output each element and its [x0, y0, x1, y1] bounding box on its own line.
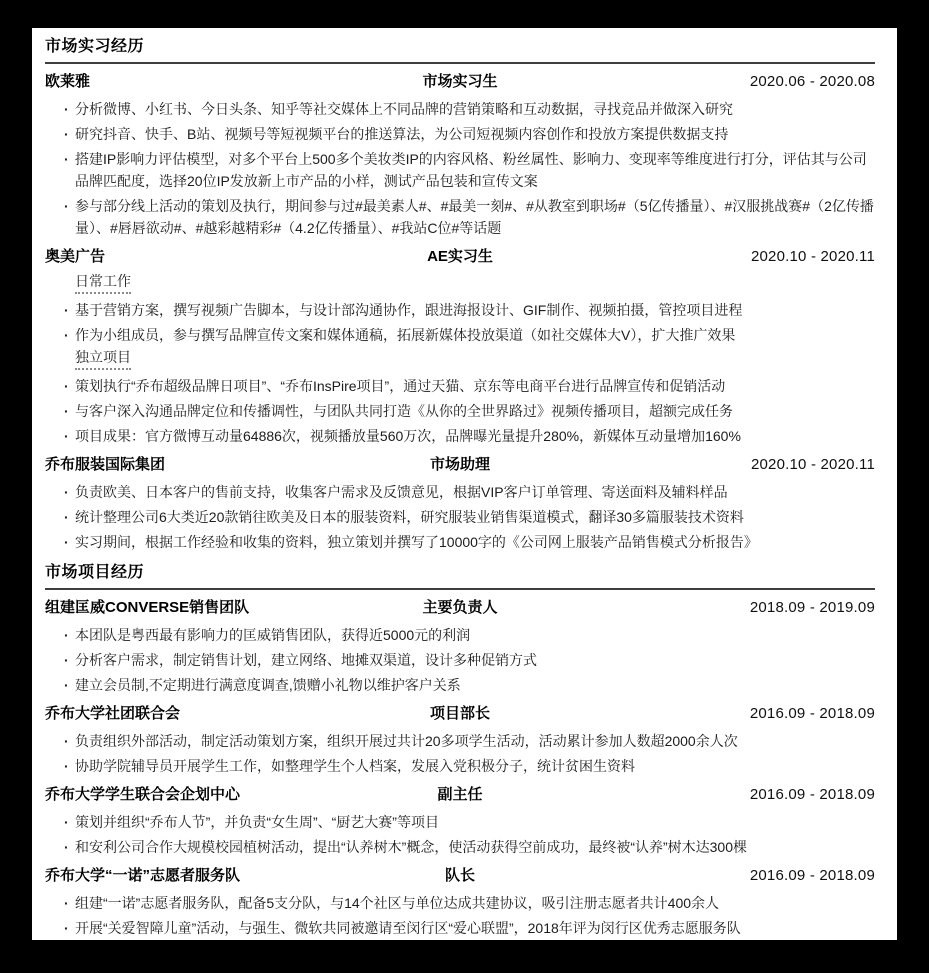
company-name: 乔布大学学生联合会企划中心: [45, 785, 322, 804]
job-title: 主要负责人: [322, 598, 599, 617]
experience-entry: 奥美广告AE实习生2020.10 - 2020.11日常工作基于营销方案，撰写视…: [45, 247, 875, 447]
date-range: 2020.10 - 2020.11: [598, 455, 875, 474]
company-name: 乔布服装国际集团: [45, 455, 322, 474]
bullet-group-label-row: 日常工作: [75, 273, 875, 294]
bullet-item: 研究抖音、快手、B站、视频号等短视频平台的推送算法，为公司短视频内容创作和投放方…: [63, 123, 875, 145]
bullet-list: 基于营销方案，撰写视频广告脚本，与设计部沟通协作，跟进海报设计、GIF制作、视频…: [45, 299, 875, 346]
entry-header: 乔布大学学生联合会企划中心副主任2016.09 - 2018.09: [45, 785, 875, 804]
bullet-item: 策划执行“乔布超级品牌日项目”、“乔布InsPire项目”，通过天猫、京东等电商…: [63, 375, 875, 397]
entry-header: 组建匡威CONVERSE销售团队主要负责人2018.09 - 2019.09: [45, 598, 875, 617]
bullet-list: 本团队是粤西最有影响力的匡威销售团队，获得近5000元的利润分析客户需求，制定销…: [45, 624, 875, 696]
resume-page: 市场实习经历欧莱雅市场实习生2020.06 - 2020.08分析微博、小红书、…: [32, 28, 897, 940]
entry-header: 乔布大学社团联合会项目部长2016.09 - 2018.09: [45, 704, 875, 723]
bullet-item: 搭建IP影响力评估模型，对多个平台上500多个美妆类IP的内容风格、粉丝属性、影…: [63, 148, 875, 192]
entry-header: 欧莱雅市场实习生2020.06 - 2020.08: [45, 72, 875, 91]
company-name: 组建匡威CONVERSE销售团队: [45, 598, 322, 617]
bullet-item: 实习期间，根据工作经验和收集的资料，独立策划并撰写了10000字的《公司网上服装…: [63, 531, 875, 553]
job-title: 项目部长: [322, 704, 599, 723]
bullet-item: 基于营销方案，撰写视频广告脚本，与设计部沟通协作，跟进海报设计、GIF制作、视频…: [63, 299, 875, 321]
bullet-item: 分析客户需求，制定销售计划，建立网络、地摊双渠道，设计多种促销方式: [63, 649, 875, 671]
bullet-list: 组建“一诺”志愿者服务队，配备5支分队，与14个社区与单位达成共建协议，吸引注册…: [45, 892, 875, 939]
bullet-item: 组建“一诺”志愿者服务队，配备5支分队，与14个社区与单位达成共建协议，吸引注册…: [63, 892, 875, 914]
company-name: 奥美广告: [45, 247, 322, 266]
bullet-item: 开展“关爱智障儿童”活动，与强生、微软共同被邀请至闵行区“爱心联盟”，2018年…: [63, 917, 875, 939]
bullet-item: 项目成果：官方微博互动量64886次，视频播放量560万次，品牌曝光量提升280…: [63, 425, 875, 447]
bullet-item: 分析微博、小红书、今日头条、知乎等社交媒体上不同品牌的营销策略和互动数据，寻找竞…: [63, 98, 875, 120]
job-title: 副主任: [322, 785, 599, 804]
bullet-group-label: 日常工作: [75, 273, 131, 294]
company-name: 乔布大学社团联合会: [45, 704, 322, 723]
bullet-list: 策划并组织“乔布人节”，并负责“女生周”、“厨艺大赛”等项目和安利公司合作大规模…: [45, 811, 875, 858]
entry-header: 乔布服装国际集团市场助理2020.10 - 2020.11: [45, 455, 875, 474]
bullet-list: 负责欧美、日本客户的售前支持，收集客户需求及反馈意见，根据VIP客户订单管理、寄…: [45, 481, 875, 553]
experience-entry: 乔布大学社团联合会项目部长2016.09 - 2018.09负责组织外部活动，制…: [45, 704, 875, 777]
entry-header: 乔布大学“一诺”志愿者服务队队长2016.09 - 2018.09: [45, 866, 875, 885]
bullet-item: 与客户深入沟通品牌定位和传播调性，与团队共同打造《从你的全世界路过》视频传播项目…: [63, 400, 875, 422]
job-title: AE实习生: [322, 247, 599, 266]
bullet-item: 协助学院辅导员开展学生工作，如整理学生个人档案，发展入党积极分子，统计贫困生资料: [63, 755, 875, 777]
bullet-group-label: 独立项目: [75, 349, 131, 370]
bullet-list: 分析微博、小红书、今日头条、知乎等社交媒体上不同品牌的营销策略和互动数据，寻找竞…: [45, 98, 875, 239]
bullet-list: 策划执行“乔布超级品牌日项目”、“乔布InsPire项目”，通过天猫、京东等电商…: [45, 375, 875, 447]
experience-section: 市场实习经历欧莱雅市场实习生2020.06 - 2020.08分析微博、小红书、…: [45, 37, 875, 553]
company-name: 乔布大学“一诺”志愿者服务队: [45, 866, 322, 885]
bullet-item: 参与部分线上活动的策划及执行，期间参与过#最美素人#、#最美一刻#、#从教室到职…: [63, 195, 875, 239]
date-range: 2016.09 - 2018.09: [598, 866, 875, 885]
bullet-group-label-row: 独立项目: [75, 349, 875, 370]
job-title: 队长: [322, 866, 599, 885]
bullet-item: 本团队是粤西最有影响力的匡威销售团队，获得近5000元的利润: [63, 624, 875, 646]
experience-section: 市场项目经历组建匡威CONVERSE销售团队主要负责人2018.09 - 201…: [45, 563, 875, 939]
experience-entry: 组建匡威CONVERSE销售团队主要负责人2018.09 - 2019.09本团…: [45, 598, 875, 696]
resume-sections: 市场实习经历欧莱雅市场实习生2020.06 - 2020.08分析微博、小红书、…: [45, 37, 875, 939]
section-title: 市场项目经历: [45, 563, 875, 590]
bullet-list: 负责组织外部活动，制定活动策划方案，组织开展过共计20多项学生活动，活动累计参加…: [45, 730, 875, 777]
bullet-item: 建立会员制,不定期进行满意度调查,馈赠小礼物以维护客户关系: [63, 674, 875, 696]
date-range: 2020.10 - 2020.11: [598, 247, 875, 266]
bullet-item: 和安利公司合作大规模校园植树活动，提出“认养树木”概念，使活动获得空前成功，最终…: [63, 836, 875, 858]
job-title: 市场实习生: [322, 72, 599, 91]
job-title: 市场助理: [322, 455, 599, 474]
company-name: 欧莱雅: [45, 72, 322, 91]
experience-entry: 乔布大学“一诺”志愿者服务队队长2016.09 - 2018.09组建“一诺”志…: [45, 866, 875, 939]
date-range: 2020.06 - 2020.08: [598, 72, 875, 91]
bullet-item: 统计整理公司6大类近20款销往欧美及日本的服装资料，研究服装业销售渠道模式，翻译…: [63, 506, 875, 528]
section-title: 市场实习经历: [45, 37, 875, 64]
experience-entry: 乔布服装国际集团市场助理2020.10 - 2020.11负责欧美、日本客户的售…: [45, 455, 875, 553]
date-range: 2018.09 - 2019.09: [598, 598, 875, 617]
date-range: 2016.09 - 2018.09: [598, 785, 875, 804]
bullet-item: 策划并组织“乔布人节”，并负责“女生周”、“厨艺大赛”等项目: [63, 811, 875, 833]
entry-header: 奥美广告AE实习生2020.10 - 2020.11: [45, 247, 875, 266]
experience-entry: 乔布大学学生联合会企划中心副主任2016.09 - 2018.09策划并组织“乔…: [45, 785, 875, 858]
bullet-item: 负责欧美、日本客户的售前支持，收集客户需求及反馈意见，根据VIP客户订单管理、寄…: [63, 481, 875, 503]
experience-entry: 欧莱雅市场实习生2020.06 - 2020.08分析微博、小红书、今日头条、知…: [45, 72, 875, 239]
bullet-item: 负责组织外部活动，制定活动策划方案，组织开展过共计20多项学生活动，活动累计参加…: [63, 730, 875, 752]
bullet-item: 作为小组成员，参与撰写品牌宣传文案和媒体通稿，拓展新媒体投放渠道（如社交媒体大V…: [63, 324, 875, 346]
date-range: 2016.09 - 2018.09: [598, 704, 875, 723]
